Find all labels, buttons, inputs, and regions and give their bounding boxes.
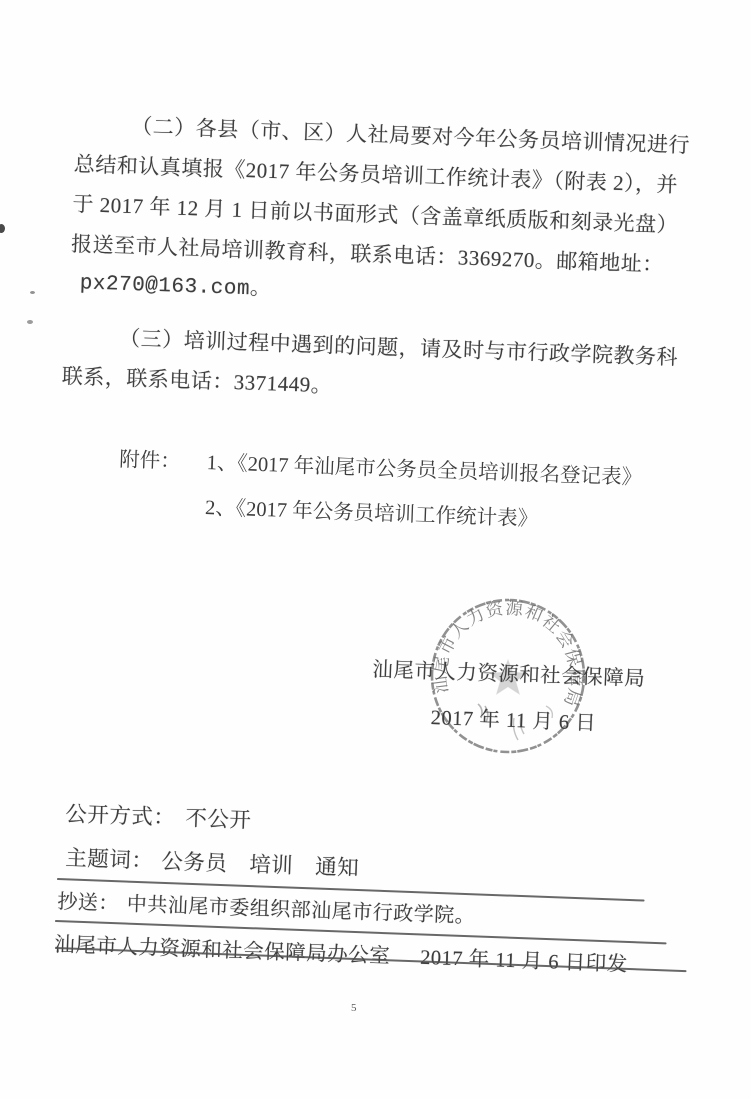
signature-block: 汕尾市人力资源和社会保障局 2017 年 11 月 6 日 bbox=[370, 652, 645, 737]
keywords-line: 主题词： 公务员 培训 通知 bbox=[65, 841, 360, 882]
publicity-label: 公开方式： bbox=[65, 797, 176, 832]
scan-speck bbox=[30, 291, 35, 294]
attachments-list: 1、《2017 年汕尾市公务员全员培训报名登记表》 2、《2017 年公务员培训… bbox=[204, 441, 643, 546]
spacer bbox=[390, 939, 421, 970]
scan-speck bbox=[27, 320, 33, 324]
publicity-line: 公开方式： 不公开 bbox=[65, 797, 252, 834]
document-page: （二）各县（市、区）人社局要对今年公务员培训情况进行 总结和认真填报《2017 … bbox=[0, 0, 751, 1099]
attachments-block: 附件： 1、《2017 年汕尾市公务员全员培训报名登记表》 2、《2017 年公… bbox=[117, 438, 643, 546]
page-number: 5 bbox=[351, 1002, 357, 1014]
paragraph-section-3: （三）培训过程中遇到的问题，请及时与市行政学院教务科 联系，联系电话：33714… bbox=[61, 316, 703, 418]
scan-speck bbox=[0, 224, 5, 233]
paragraph-section-2: （二）各县（市、区）人社局要对今年公务员培训情况进行 总结和认真填报《2017 … bbox=[69, 104, 716, 326]
cc-label: 抄送： bbox=[57, 885, 119, 916]
cc-value: 中共汕尾市委组织部汕尾市行政学院。 bbox=[126, 887, 475, 928]
keywords-value: 公务员 培训 通知 bbox=[161, 844, 360, 882]
keywords-label: 主题词： bbox=[65, 841, 154, 875]
publicity-value: 不公开 bbox=[185, 801, 252, 834]
print-date: 2017 年 11 月 6 日印发 bbox=[420, 940, 629, 977]
attachments-label: 附件： bbox=[117, 438, 182, 530]
issuer-name: 汕尾市人力资源和社会保障局 bbox=[372, 652, 646, 692]
